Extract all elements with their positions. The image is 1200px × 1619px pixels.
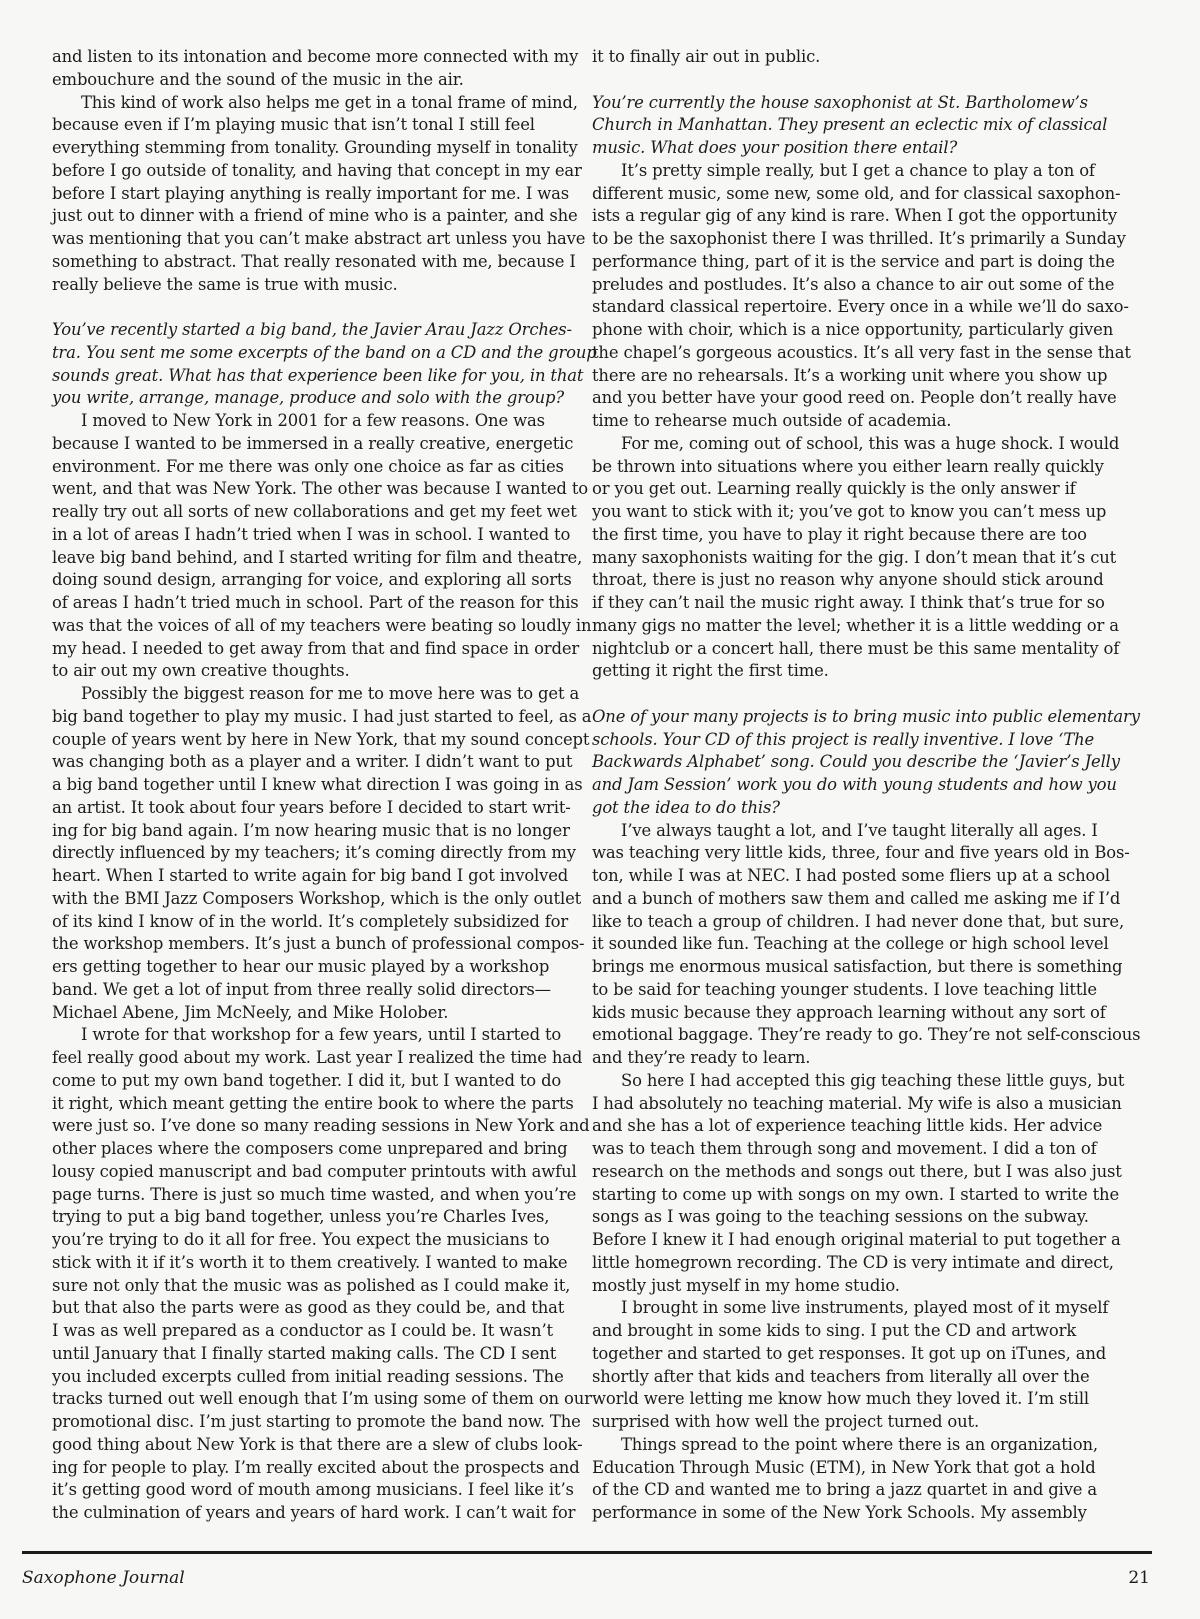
answer-text-line: if they can’t nail the music right away.…: [592, 592, 1154, 615]
answer-text-line: there are no rehearsals. It’s a working …: [592, 365, 1154, 388]
answer-text-line: good thing about New York is that there …: [52, 1434, 580, 1457]
answer-text-line: I wrote for that workshop for a few year…: [52, 1024, 580, 1047]
answer-text-line: and she has a lot of experience teaching…: [592, 1115, 1154, 1138]
answer-text-line: preludes and postludes. It’s also a chan…: [592, 274, 1154, 297]
answer-text-line: the workshop members. It’s just a bunch …: [52, 933, 580, 956]
interview-question-line: Backwards Alphabet’ song. Could you desc…: [592, 751, 1154, 774]
interview-question-line: you write, arrange, manage, produce and …: [52, 387, 580, 410]
answer-text-line: Things spread to the point where there i…: [592, 1434, 1154, 1457]
answer-text-line: it to finally air out in public.: [592, 46, 1154, 69]
answer-text-line: together and started to get responses. I…: [592, 1343, 1154, 1366]
answer-text-line: just out to dinner with a friend of mine…: [52, 205, 580, 228]
answer-text-line: it sounded like fun. Teaching at the col…: [592, 933, 1154, 956]
answer-text-line: phone with choir, which is a nice opport…: [592, 319, 1154, 342]
answer-text-line: an artist. It took about four years befo…: [52, 797, 580, 820]
answer-text-line: and brought in some kids to sing. I put …: [592, 1320, 1154, 1343]
answer-text-line: It’s pretty simple really, but I get a c…: [592, 160, 1154, 183]
answer-text-line: time to rehearse much outside of academi…: [592, 410, 1154, 433]
answer-text-line: like to teach a group of children. I had…: [592, 911, 1154, 934]
paragraph-gap: [592, 683, 1154, 706]
answer-text-line: feel really good about my work. Last yea…: [52, 1047, 580, 1070]
answer-text-line: something to abstract. That really reson…: [52, 251, 580, 274]
interview-question-line: music. What does your position there ent…: [592, 137, 1154, 160]
answer-text-line: trying to put a big band together, unles…: [52, 1206, 580, 1229]
interview-question-line: One of your many projects is to bring mu…: [592, 706, 1154, 729]
answer-text-line: ton, while I was at NEC. I had posted so…: [592, 865, 1154, 888]
answer-text-line: Michael Abene, Jim McNeely, and Mike Hol…: [52, 1002, 580, 1025]
answer-text-line: heart. When I started to write again for…: [52, 865, 580, 888]
answer-text-line: big band together to play my music. I ha…: [52, 706, 580, 729]
answer-text-line: you’re trying to do it all for free. You…: [52, 1229, 580, 1252]
answer-text-line: throat, there is just no reason why anyo…: [592, 569, 1154, 592]
answer-text-line: stick with it if it’s worth it to them c…: [52, 1252, 580, 1275]
answer-text-line: ists a regular gig of any kind is rare. …: [592, 205, 1154, 228]
answer-text-line: it’s getting good word of mouth among mu…: [52, 1479, 580, 1502]
answer-text-line: to be said for teaching younger students…: [592, 979, 1154, 1002]
answer-text-line: standard classical repertoire. Every onc…: [592, 296, 1154, 319]
answer-text-line: starting to come up with songs on my own…: [592, 1184, 1154, 1207]
answer-text-line: was mentioning that you can’t make abstr…: [52, 228, 580, 251]
answer-text-line: ers getting together to hear our music p…: [52, 956, 580, 979]
answer-text-line: Education Through Music (ETM), in New Yo…: [592, 1457, 1154, 1480]
answer-text-line: with the BMI Jazz Composers Workshop, wh…: [52, 888, 580, 911]
answer-text-line: many gigs no matter the level; whether i…: [592, 615, 1154, 638]
answer-text-line: before I go outside of tonality, and hav…: [52, 160, 580, 183]
answer-text-line: So here I had accepted this gig teaching…: [592, 1070, 1154, 1093]
interview-question-line: schools. Your CD of this project is real…: [592, 729, 1154, 752]
footer-page-number: 21: [1128, 1568, 1150, 1588]
answer-text-line: I moved to New York in 2001 for a few re…: [52, 410, 580, 433]
answer-text-line: embouchure and the sound of the music in…: [52, 69, 580, 92]
answer-text-line: was changing both as a player and a writ…: [52, 751, 580, 774]
answer-text-line: performance in some of the New York Scho…: [592, 1502, 1154, 1525]
answer-text-line: was teaching very little kids, three, fo…: [592, 842, 1154, 865]
interview-question-line: sounds great. What has that experience b…: [52, 365, 580, 388]
answer-text-line: shortly after that kids and teachers fro…: [592, 1366, 1154, 1389]
answer-text-line: and a bunch of mothers saw them and call…: [592, 888, 1154, 911]
answer-text-line: kids music because they approach learnin…: [592, 1002, 1154, 1025]
answer-text-line: my head. I needed to get away from that …: [52, 638, 580, 661]
answer-text-line: because I wanted to be immersed in a rea…: [52, 433, 580, 456]
answer-text-line: you included excerpts culled from initia…: [52, 1366, 580, 1389]
footer-rule: [22, 1551, 1152, 1554]
answer-text-line: and they’re ready to learn.: [592, 1047, 1154, 1070]
answer-text-line: the culmination of years and years of ha…: [52, 1502, 580, 1525]
answer-text-line: surprised with how well the project turn…: [592, 1411, 1154, 1434]
answer-text-line: getting it right the first time.: [592, 660, 1154, 683]
answer-text-line: lousy copied manuscript and bad computer…: [52, 1161, 580, 1184]
answer-text-line: I was as well prepared as a conductor as…: [52, 1320, 580, 1343]
interview-question-line: tra. You sent me some excerpts of the ba…: [52, 342, 580, 365]
answer-text-line: everything stemming from tonality. Groun…: [52, 137, 580, 160]
answer-text-line: tracks turned out well enough that I’m u…: [52, 1388, 580, 1411]
paragraph-gap: [52, 296, 580, 319]
answer-text-line: ing for big band again. I’m now hearing …: [52, 820, 580, 843]
answer-text-line: mostly just myself in my home studio.: [592, 1275, 1154, 1298]
answer-text-line: come to put my own band together. I did …: [52, 1070, 580, 1093]
answer-text-line: in a lot of areas I hadn’t tried when I …: [52, 524, 580, 547]
answer-text-line: directly influenced by my teachers; it’s…: [52, 842, 580, 865]
answer-text-line: it right, which meant getting the entire…: [52, 1093, 580, 1116]
answer-text-line: This kind of work also helps me get in a…: [52, 92, 580, 115]
answer-text-line: of areas I hadn’t tried much in school. …: [52, 592, 580, 615]
answer-text-line: of the CD and wanted me to bring a jazz …: [592, 1479, 1154, 1502]
answer-text-line: until January that I finally started mak…: [52, 1343, 580, 1366]
answer-text-line: leave big band behind, and I started wri…: [52, 547, 580, 570]
answer-text-line: you want to stick with it; you’ve got to…: [592, 501, 1154, 524]
answer-text-line: I’ve always taught a lot, and I’ve taugh…: [592, 820, 1154, 843]
answer-text-line: brings me enormous musical satisfaction,…: [592, 956, 1154, 979]
answer-text-line: be thrown into situations where you eith…: [592, 456, 1154, 479]
answer-text-line: many saxophonists waiting for the gig. I…: [592, 547, 1154, 570]
answer-text-line: went, and that was New York. The other w…: [52, 478, 580, 501]
answer-text-line: really try out all sorts of new collabor…: [52, 501, 580, 524]
answer-text-line: doing sound design, arranging for voice,…: [52, 569, 580, 592]
answer-text-line: I had absolutely no teaching material. M…: [592, 1093, 1154, 1116]
answer-text-line: world were letting me know how much they…: [592, 1388, 1154, 1411]
answer-text-line: little homegrown recording. The CD is ve…: [592, 1252, 1154, 1275]
answer-text-line: but that also the parts were as good as …: [52, 1297, 580, 1320]
answer-text-line: and you better have your good reed on. P…: [592, 387, 1154, 410]
answer-text-line: ing for people to play. I’m really excit…: [52, 1457, 580, 1480]
answer-text-line: the first time, you have to play it righ…: [592, 524, 1154, 547]
answer-text-line: emotional baggage. They’re ready to go. …: [592, 1024, 1154, 1047]
answer-text-line: before I start playing anything is reall…: [52, 183, 580, 206]
answer-text-line: because even if I’m playing music that i…: [52, 114, 580, 137]
interview-question-line: and Jam Session’ work you do with young …: [592, 774, 1154, 797]
answer-text-line: of its kind I know of in the world. It’s…: [52, 911, 580, 934]
answer-text-line: and listen to its intonation and become …: [52, 46, 580, 69]
paragraph-gap: [592, 69, 1154, 92]
interview-question-line: got the idea to do this?: [592, 797, 1154, 820]
answer-text-line: Possibly the biggest reason for me to mo…: [52, 683, 580, 706]
footer-journal-title: Saxophone Journal: [22, 1568, 185, 1588]
answer-text-line: to be the saxophonist there I was thrill…: [592, 228, 1154, 251]
interview-question-line: Church in Manhattan. They present an ecl…: [592, 114, 1154, 137]
answer-text-line: page turns. There is just so much time w…: [52, 1184, 580, 1207]
answer-text-line: different music, some new, some old, and…: [592, 183, 1154, 206]
answer-text-line: the chapel’s gorgeous acoustics. It’s al…: [592, 342, 1154, 365]
interview-question-line: You’re currently the house saxophonist a…: [592, 92, 1154, 115]
answer-text-line: couple of years went by here in New York…: [52, 729, 580, 752]
answer-text-line: Before I knew it I had enough original m…: [592, 1229, 1154, 1252]
answer-text-line: promotional disc. I’m just starting to p…: [52, 1411, 580, 1434]
answer-text-line: songs as I was going to the teaching ses…: [592, 1206, 1154, 1229]
answer-text-line: to air out my own creative thoughts.: [52, 660, 580, 683]
answer-text-line: nightclub or a concert hall, there must …: [592, 638, 1154, 661]
left-text-column: and listen to its intonation and become …: [52, 46, 580, 1525]
answer-text-line: band. We get a lot of input from three r…: [52, 979, 580, 1002]
interview-question-line: You’ve recently started a big band, the …: [52, 319, 580, 342]
answer-text-line: was that the voices of all of my teacher…: [52, 615, 580, 638]
right-text-column: it to finally air out in public.You’re c…: [592, 46, 1154, 1525]
answer-text-line: a big band together until I knew what di…: [52, 774, 580, 797]
answer-text-line: research on the methods and songs out th…: [592, 1161, 1154, 1184]
answer-text-line: or you get out. Learning really quickly …: [592, 478, 1154, 501]
answer-text-line: performance thing, part of it is the ser…: [592, 251, 1154, 274]
answer-text-line: sure not only that the music was as poli…: [52, 1275, 580, 1298]
answer-text-line: other places where the composers come un…: [52, 1138, 580, 1161]
answer-text-line: really believe the same is true with mus…: [52, 274, 580, 297]
answer-text-line: environment. For me there was only one c…: [52, 456, 580, 479]
answer-text-line: I brought in some live instruments, play…: [592, 1297, 1154, 1320]
answer-text-line: were just so. I’ve done so many reading …: [52, 1115, 580, 1138]
answer-text-line: was to teach them through song and movem…: [592, 1138, 1154, 1161]
answer-text-line: For me, coming out of school, this was a…: [592, 433, 1154, 456]
